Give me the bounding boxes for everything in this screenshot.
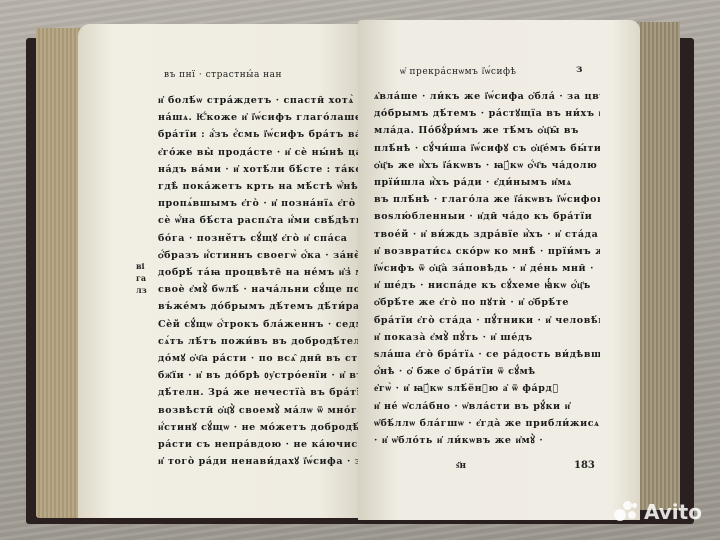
text-line: ѕла́ша є҆го̀ бра́тїѧ · се ра́дость ви́дѣ… — [374, 346, 600, 363]
text-line: твое́й · и҆ ви́ждь здра́вїе и҆̀хъ · и҆ с… — [374, 226, 600, 243]
text-line: и҆ ше́дъ · ниспа́де къ сꙋ́хеме ꙗ҆́кѡ ѻ҆́… — [374, 277, 600, 294]
text-line: ѡ҆бѣ́ллѡ бла́гшѡ · є҆гда̀ же прибли́жисѧ… — [374, 415, 600, 432]
avito-watermark: Avito — [614, 500, 702, 524]
text-line: бра́тїи є҆го̀ ста́да · пꙋ́тники · и҆ чел… — [374, 312, 600, 329]
text-line: до́брымъ дѣ́темъ · ра́стꙋщїа въ ни́хъ и҆… — [374, 105, 600, 122]
right-page-header: ѡ҆ прекра́снѡмъ ї҆ѡ́сифѣ — [400, 66, 516, 77]
text-line: ѻ҆́нѣ · ѻ҆ бже ѻ҆ бра́тїи ѿ сꙋ́мѣ — [374, 363, 600, 380]
avito-text: Avito — [644, 500, 702, 524]
margin-note: ві га лз — [136, 260, 147, 296]
right-page: ѡ҆ прекра́снѡмъ ї҆ѡ́сифѣ з ѧ҆вла́ше · ли… — [358, 20, 640, 520]
text-line: · и҆ ѡ҆бло́ть и҆ ли́кѡвъ же и҆мꙋ̀ · — [374, 432, 600, 449]
text-line: воѕлю́бленныи · и҆ди̑ ча́до къ бра́тїи — [374, 208, 600, 225]
text-line: и҆ показа̀ є҆мꙋ̀ пꙋ́ть · и҆ ше́дъ — [374, 329, 600, 346]
text-line: ѧ҆вла́ше · ли́къ же ї҆ѡ́сифа ѻ҆бла́ · за… — [374, 88, 600, 105]
text-line: мла́да. По́бꙋ́ри́мъ же тѣ́мъ ѻ҆ц҃ы̑ въ — [374, 122, 600, 139]
text-line: въ плѣ́нѣ · глаго́ла же ї҆а́кѡвъ ї҆ѡ́сиф… — [374, 191, 600, 208]
text-line: и҆ возврати́сѧ ско́рѡ ко мнѣ̀ · прїи́мъ … — [374, 243, 600, 260]
text-line: прїи́шла и҆̀хъ ра́ди · є҆ди́нымъ и҆мѧ — [374, 174, 600, 191]
catchword: ѕ҃н — [456, 460, 466, 471]
page-number-bottom: 183 — [574, 460, 595, 471]
text-line: ѻ҆ц҃ъ же и҆̀хъ ї҆а́кѡвъ · ꙗ҆́кѡ ѻ҆́ч҃ъ ч… — [374, 157, 600, 174]
page-number-top: з — [576, 64, 582, 75]
text-line: и҆ не́ ѡ҆сла́бно · ѡ҆вла́сти въ рꙋ́ки и҆ — [374, 398, 600, 415]
text-line: ї҆ѡ́сифъ ѿ ѻ҆ц҃а̀ за́повѣдь · и҆ де́нь м… — [374, 260, 600, 277]
text-line: плѣ́нѣ · сꙋ́чи́ша ї҆ѡ́сифꙋ съ ѻ҆ц҃е́мъ б… — [374, 140, 600, 157]
text-line: ѻ҆брѣ́те же є҆го̀ по пꙋтѝ · и҆ ѻ҆брѣ́те — [374, 294, 600, 311]
left-page: въ пнї · страстны́а нан ві га лз и҆ болѣ… — [78, 24, 362, 518]
right-page-text: ѧ҆вла́ше · ли́къ же ї҆ѡ́сифа ѻ҆бла́ · за… — [374, 88, 600, 449]
left-page-header: въ пнї · страстны́а нан — [164, 70, 282, 80]
text-line: е҆гѡ̀ · и҆ ꙗ҆́кѡ ѕлѣ́ёнꙋю а҆ ѿ фа́рдꙋ — [374, 380, 600, 397]
avito-dots-logo-icon — [614, 501, 638, 523]
left-page-edges — [36, 28, 82, 518]
